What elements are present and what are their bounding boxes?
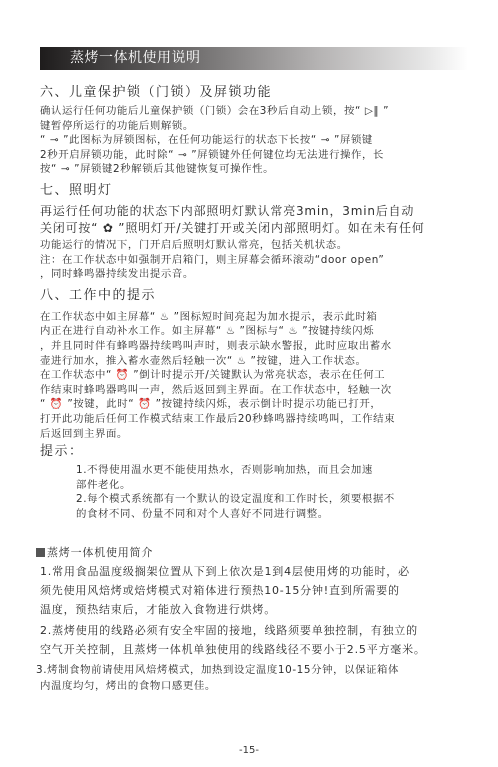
paragraph-line: 功能运行的情况下，门开启后照明灯默认常亮，包括关机状态。 bbox=[40, 238, 470, 253]
page-number: -15- bbox=[0, 745, 498, 756]
paragraph-line: 按“ ⊸ ”屏锁键2秒解锁后其他键恢复可操作性。 bbox=[40, 162, 470, 177]
paragraph-line: “ ⊸ ”此图标为屏锁图标，在任何功能运行的状态下长按“ ⊸ ”屏锁键 bbox=[40, 133, 470, 148]
section-lighting: 七、照明灯 再运行任何功能的状态下内部照明灯默认常亮3min，3min后自动 关… bbox=[40, 182, 470, 282]
section-heading: 七、照明灯 bbox=[40, 182, 470, 200]
paragraph-line: 3.烤制食物前请使用风焙烤模式，加热到设定温度10-15分钟，以保证箱体 bbox=[36, 662, 470, 678]
paragraph-line: 作结束时蜂鸣器鸣叫一声，然后返回到主界面。在工作状态中，轻触一次 bbox=[40, 383, 470, 398]
paragraph-line: 壶进行加水，推入蓄水壶然后轻触一次“ ♨ ”按键，进入工作状态。 bbox=[40, 354, 470, 369]
paragraph-line: 在工作状态中“ ⏰ ”倒计时提示开/关键默认为常亮状态，表示在任何工 bbox=[40, 368, 470, 383]
section-heading: 六、儿童保护锁（门锁）及屏锁功能 bbox=[40, 84, 470, 102]
paragraph-line: 2秒开启屏锁功能，此时除“ ⊸ ”屏锁键外任何键位均无法进行操作，长 bbox=[40, 148, 470, 163]
section-intro: 蒸烤一体机使用简介 1.常用食品温度级搁架位置从下到上依次是1到4层使用烤的功能… bbox=[40, 543, 470, 694]
paragraph-line: 关闭可按“ ✿ ”照明灯开/关键打开或关闭内部照明灯。如在未有任何 bbox=[40, 220, 470, 238]
paragraph-line: 后返回到主界面。 bbox=[40, 427, 470, 442]
paragraph-line: 打开此功能后任何工作模式结束工作最后20秒蜂鸣器持续鸣叫，工作结束 bbox=[40, 412, 470, 427]
paragraph-line: 内温度均匀，烤出的食物口感更佳。 bbox=[40, 678, 470, 694]
paragraph-line: 须先使用风焙烤或焙烤模式对箱体进行预热10-15分钟!直到所需要的 bbox=[40, 581, 470, 600]
page-content: 六、儿童保护锁（门锁）及屏锁功能 确认运行任何功能后儿童保护锁（门锁）会在3秒后… bbox=[40, 84, 470, 694]
tips-heading: 提示： bbox=[40, 443, 470, 461]
section-banner: 蒸烤一体机使用说明 bbox=[40, 47, 468, 70]
paragraph-line: 内正在进行自动补水工作。如主屏幕“ ♨ ”图标与“ ♨ ”按键持续闪烁 bbox=[40, 324, 470, 339]
section-working-tips: 八、工作中的提示 在工作状态中如主屏幕“ ♨ ”图标短时间亮起为加水提示，表示此… bbox=[40, 287, 470, 522]
paragraph-line: 2.蒸烤使用的线路必须有安全牢固的接地，线路须要单独控制，有独立的 bbox=[40, 621, 470, 640]
paragraph-line: 在工作状态中如主屏幕“ ♨ ”图标短时间亮起为加水提示，表示此时箱 bbox=[40, 310, 470, 325]
intro-heading: 蒸烤一体机使用简介 bbox=[36, 543, 470, 562]
section-child-lock: 六、儿童保护锁（门锁）及屏锁功能 确认运行任何功能后儿童保护锁（门锁）会在3秒后… bbox=[40, 84, 470, 177]
tip-line: 2.每个模式系统都有一个默认的设定温度和工作时长，须要根据不 bbox=[76, 492, 470, 507]
square-bullet-icon bbox=[36, 548, 45, 557]
paragraph-line: ，并且同时伴有蜂鸣器持续鸣叫声时，则表示缺水警报，此时应取出蓄水 bbox=[40, 339, 470, 354]
paragraph-line: “ ⏰ ”按键，此时“ ⏰ ”按键持续闪烁，表示倒计时提示功能已打开， bbox=[40, 397, 470, 412]
tip-line: 的食材不同、份量不同和对个人喜好不同进行调整。 bbox=[76, 507, 470, 522]
section-heading: 八、工作中的提示 bbox=[40, 287, 470, 305]
paragraph-line: 空气开关控制，且蒸烤一体机单独使用的线路线径不要小于2.5平方毫米。 bbox=[40, 640, 470, 659]
banner-title: 蒸烤一体机使用说明 bbox=[70, 49, 201, 68]
paragraph-line: 注：在工作状态中如强制开启箱门，则主屏幕会循环滚动“door open” bbox=[40, 253, 470, 268]
tip-line: 部件老化。 bbox=[76, 478, 470, 493]
paragraph-line: 1.常用食品温度级搁架位置从下到上依次是1到4层使用烤的功能时，必 bbox=[40, 562, 470, 581]
paragraph-line: 温度，预热结束后，才能放入食物进行烘烤。 bbox=[40, 600, 470, 619]
paragraph-line: ，同时蜂鸣器持续发出提示音。 bbox=[40, 267, 470, 282]
tip-line: 1.不得使用温水更不能使用热水，否则影响加热，而且会加速 bbox=[76, 463, 470, 478]
paragraph-line: 确认运行任何功能后儿童保护锁（门锁）会在3秒后自动上锁，按“ ▷‖ ” bbox=[40, 104, 470, 119]
paragraph-line: 键暂停所运行的功能后则解锁。 bbox=[40, 119, 470, 134]
paragraph-line: 再运行任何功能的状态下内部照明灯默认常亮3min，3min后自动 bbox=[40, 203, 470, 221]
